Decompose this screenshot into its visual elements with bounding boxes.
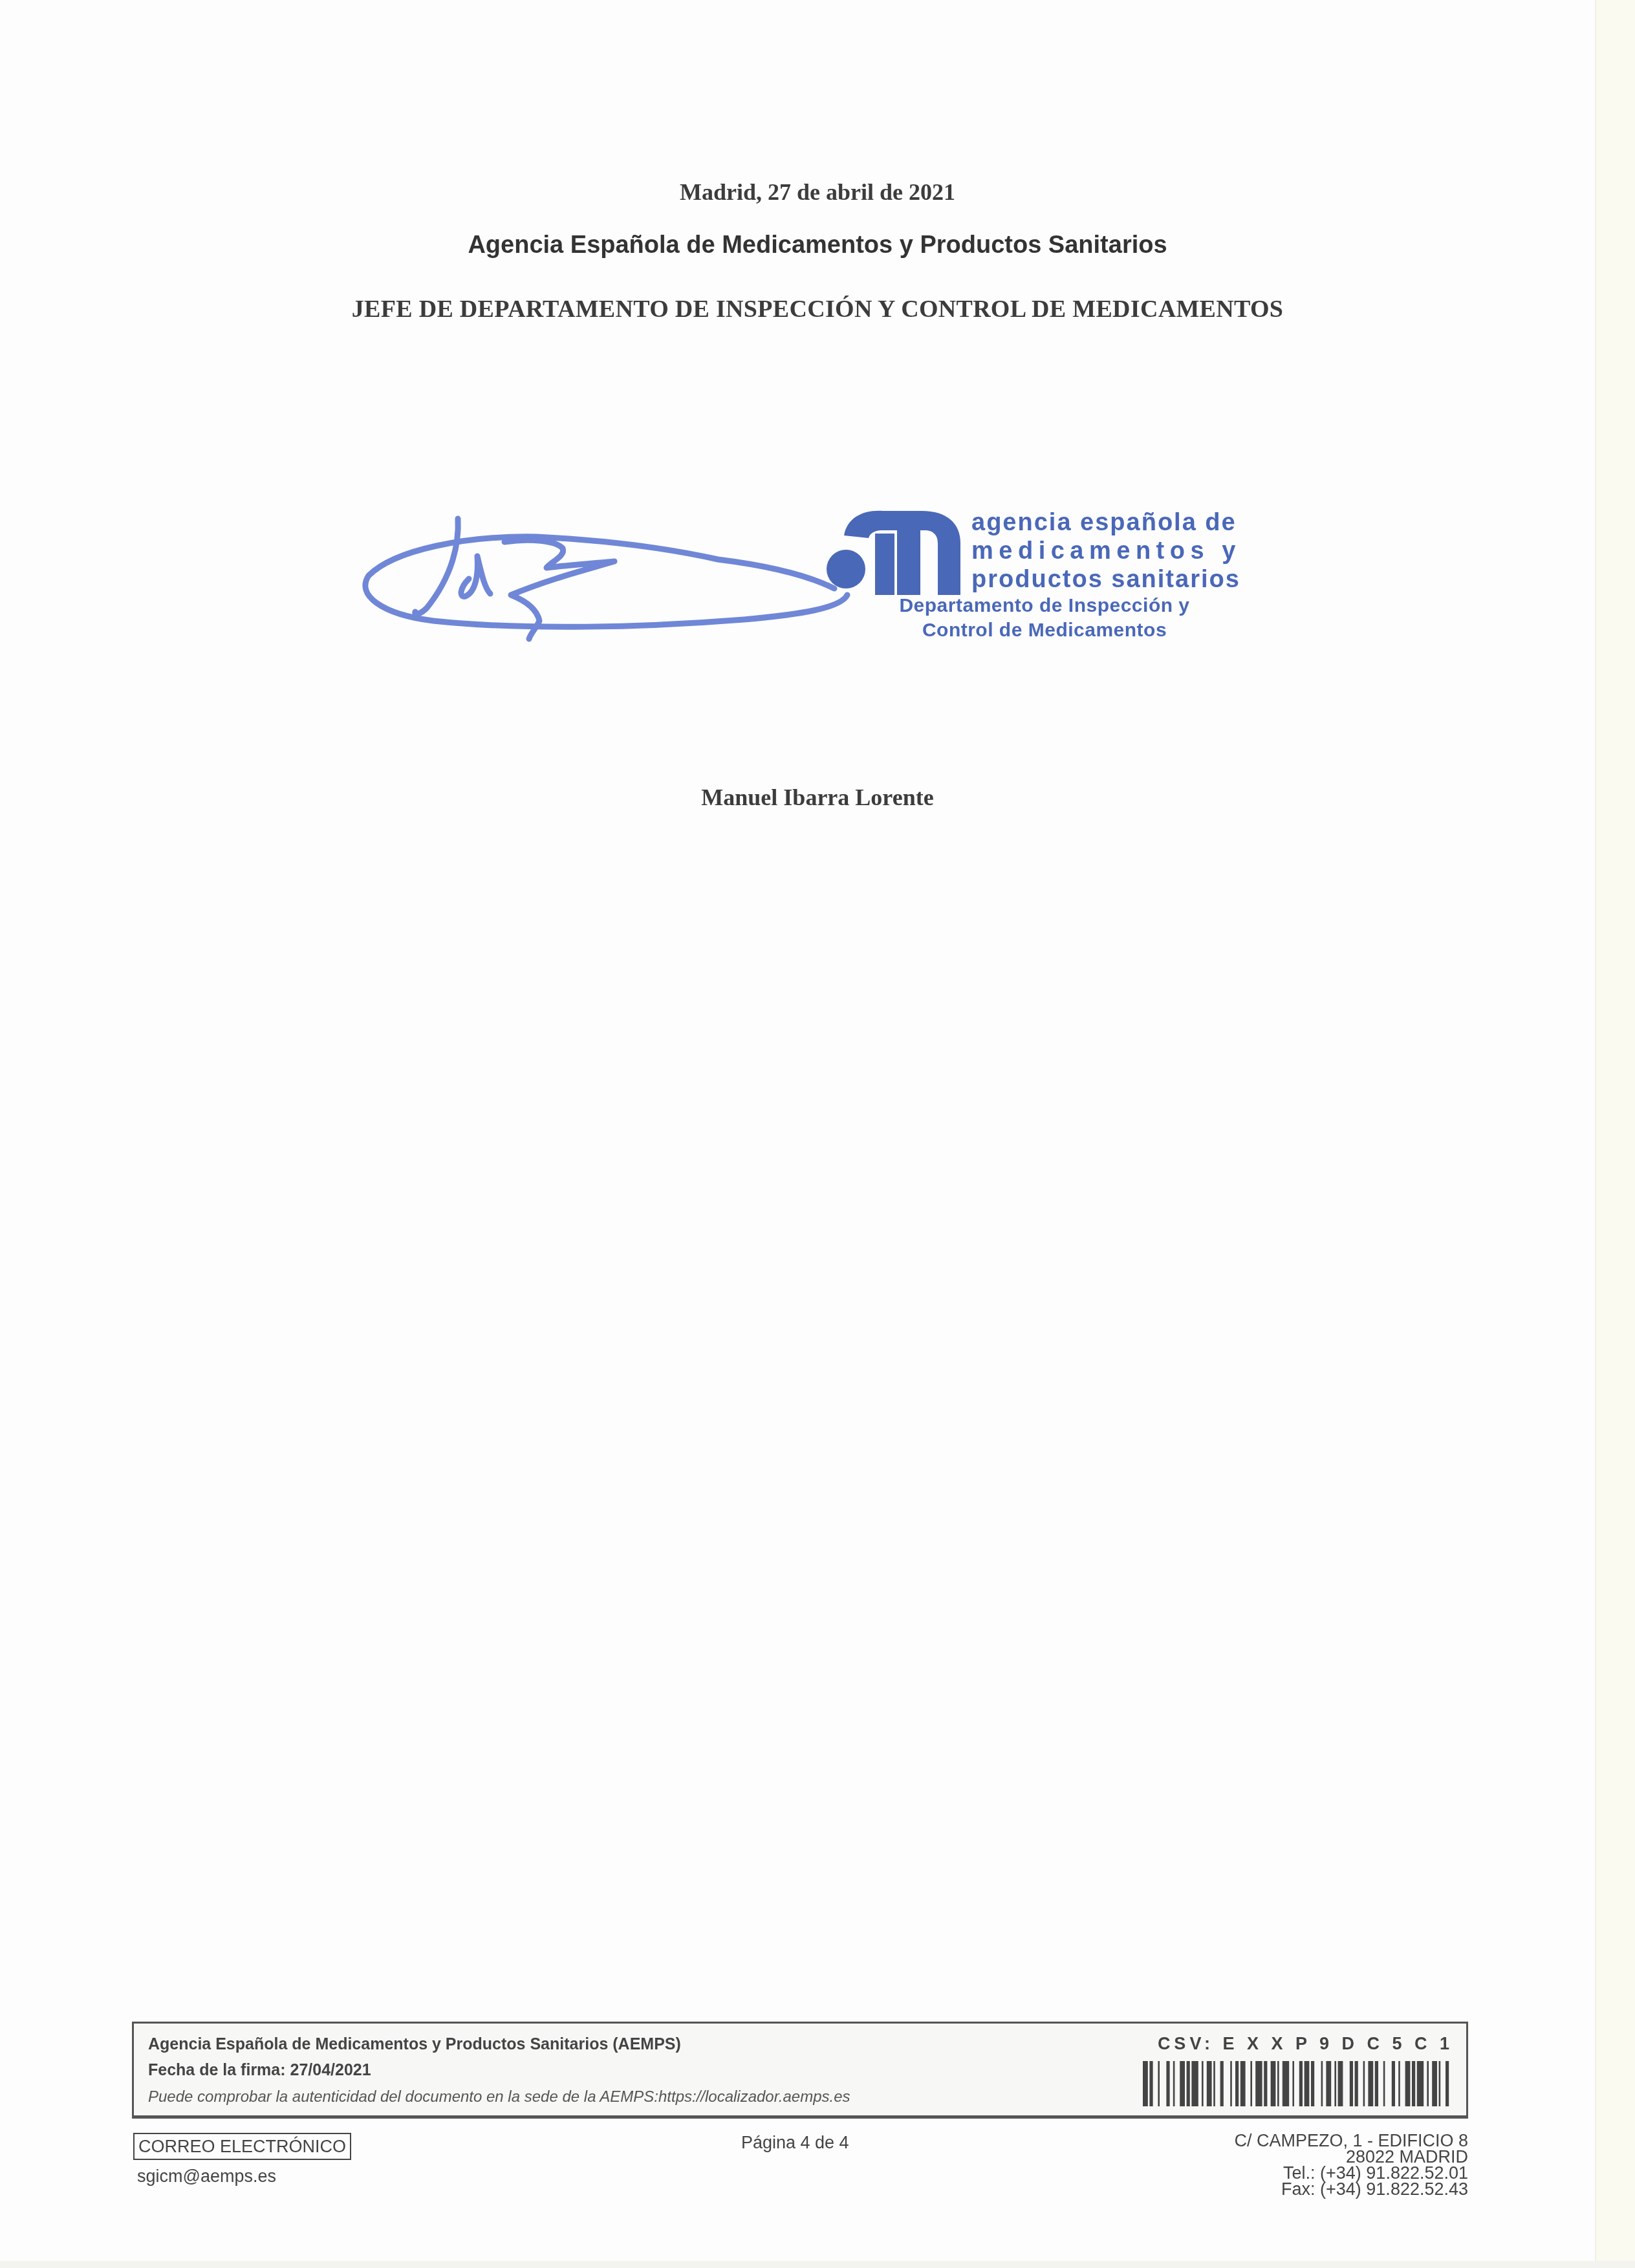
email-label: CORREO ELECTRÓNICO	[133, 2133, 351, 2160]
stamp-agency-text: agencia española de medicamentos y produ…	[971, 508, 1241, 594]
place-date: Madrid, 27 de abril de 2021	[0, 178, 1635, 206]
stamp-line-2: medicamentos y	[971, 537, 1241, 565]
verification-link-text[interactable]: Puede comprobar la autenticidad del docu…	[148, 2088, 850, 2106]
agency-name: Agencia Española de Medicamentos y Produ…	[0, 232, 1635, 259]
contact-address: C/ CAMPEZO, 1 - EDIFICIO 8 28022 MADRID …	[1234, 2133, 1468, 2198]
scan-edge	[1595, 0, 1635, 2268]
verification-box: Agencia Española de Medicamentos y Produ…	[132, 2022, 1468, 2119]
scan-edge-bottom	[0, 2261, 1635, 2268]
handwritten-signature	[356, 498, 860, 647]
email-address[interactable]: sgicm@aemps.es	[137, 2166, 276, 2187]
aemps-logo-icon	[825, 504, 967, 595]
signature-date: Fecha de la firma: 27/04/2021	[148, 2061, 371, 2080]
stamp-line-3: productos sanitarios	[971, 565, 1241, 594]
stamp-dept-line-2: Control de Medicamentos	[870, 618, 1219, 643]
signer-name: Manuel Ibarra Lorente	[0, 784, 1635, 811]
stamp-department-text: Departamento de Inspección y Control de …	[870, 594, 1219, 643]
page-number: Página 4 de 4	[741, 2133, 849, 2153]
stamp-dept-line-1: Departamento de Inspección y	[870, 594, 1219, 618]
signer-role: JEFE DE DEPARTAMENTO DE INSPECCIÓN Y CON…	[0, 295, 1635, 323]
stamp-line-1: agencia española de	[971, 508, 1241, 537]
issuer-text: Agencia Española de Medicamentos y Produ…	[148, 2035, 681, 2054]
csv-code: CSV: E X X P 9 D C 5 C 1	[1158, 2034, 1453, 2054]
barcode-icon	[1143, 2061, 1451, 2106]
fax-number: Fax: (+34) 91.822.52.43	[1234, 2181, 1468, 2198]
